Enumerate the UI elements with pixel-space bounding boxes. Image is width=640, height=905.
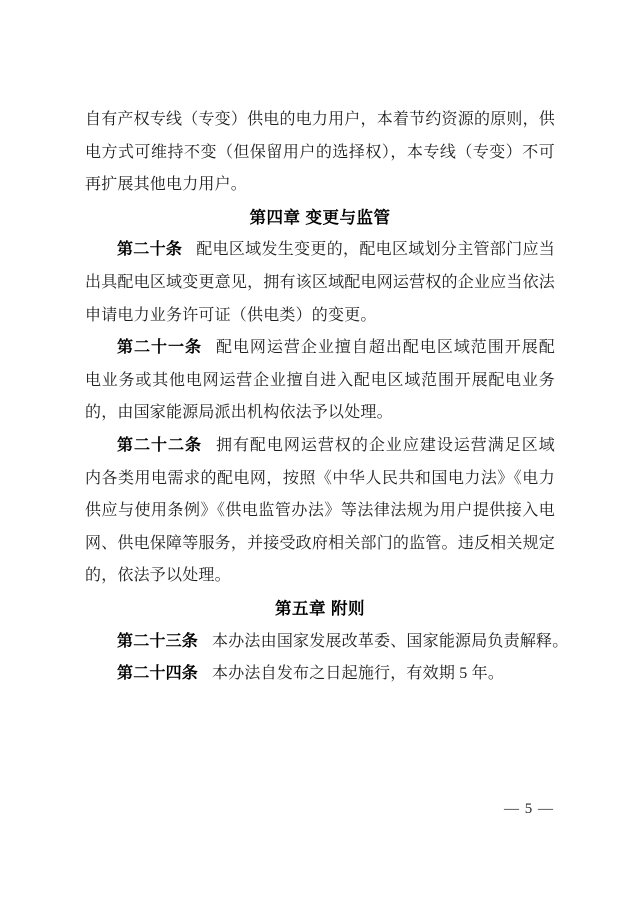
article-22-text: 拥有配电网运营权的企业应建设运营满足区域 xyxy=(216,437,555,454)
text-body: 自有产权专线（专变）供电的电力用户，本着节约资源的原则，供 电方式可维持不变（但… xyxy=(85,104,555,691)
article-21-text: 配电网运营企业擅自超出配电区域范围开展配 xyxy=(216,339,555,356)
article-22-line-1: 第二十二条拥有配电网运营权的企业应建设运营满足区域 xyxy=(85,430,555,463)
article-22-line-3: 供应与使用条例》《供电监管办法》等法律法规为用户提供接入电 xyxy=(85,495,555,528)
article-23-number: 第二十三条 xyxy=(117,633,198,650)
article-24-line: 第二十四条本办法自发布之日起施行，有效期 5 年。 xyxy=(85,658,555,691)
intro-paragraph-line: 自有产权专线（专变）供电的电力用户，本着节约资源的原则，供 xyxy=(85,104,555,137)
article-21-number: 第二十一条 xyxy=(117,339,202,356)
article-22-line-5: 的，依法予以处理。 xyxy=(85,560,555,593)
page-number: — 5 — xyxy=(504,801,554,818)
intro-paragraph-line: 电方式可维持不变（但保留用户的选择权），本专线（专变）不可 xyxy=(85,137,555,170)
intro-paragraph-line: 再扩展其他电力用户。 xyxy=(85,169,555,202)
article-22-number: 第二十二条 xyxy=(117,437,202,454)
article-23-line: 第二十三条本办法由国家发展改革委、国家能源局负责解释。 xyxy=(85,626,555,659)
article-20-number: 第二十条 xyxy=(117,241,182,258)
article-23-text: 本办法由国家发展改革委、国家能源局负责解释。 xyxy=(212,633,568,650)
article-24-number: 第二十四条 xyxy=(117,665,198,682)
article-20-line-1: 第二十条配电区域发生变更的，配电区域划分主管部门应当 xyxy=(85,234,555,267)
article-24-text: 本办法自发布之日起施行，有效期 5 年。 xyxy=(212,665,504,682)
chapter-4-heading: 第四章 变更与监管 xyxy=(85,202,555,235)
document-page: 自有产权专线（专变）供电的电力用户，本着节约资源的原则，供 电方式可维持不变（但… xyxy=(0,0,640,905)
article-20-text: 配电区域发生变更的，配电区域划分主管部门应当 xyxy=(196,241,555,258)
article-20-line-3: 申请电力业务许可证（供电类）的变更。 xyxy=(85,300,555,333)
chapter-5-heading: 第五章 附则 xyxy=(85,593,555,626)
article-20-line-2: 出具配电区域变更意见，拥有该区域配电网运营权的企业应当依法 xyxy=(85,267,555,300)
article-22-line-4: 网、供电保障等服务，并接受政府相关部门的监管。违反相关规定 xyxy=(85,528,555,561)
article-21-line-1: 第二十一条配电网运营企业擅自超出配电区域范围开展配 xyxy=(85,332,555,365)
article-22-line-2: 内各类用电需求的配电网，按照《中华人民共和国电力法》《电力 xyxy=(85,463,555,496)
article-21-line-2: 电业务或其他电网运营企业擅自进入配电区域范围开展配电业务 xyxy=(85,365,555,398)
article-21-line-3: 的，由国家能源局派出机构依法予以处理。 xyxy=(85,397,555,430)
